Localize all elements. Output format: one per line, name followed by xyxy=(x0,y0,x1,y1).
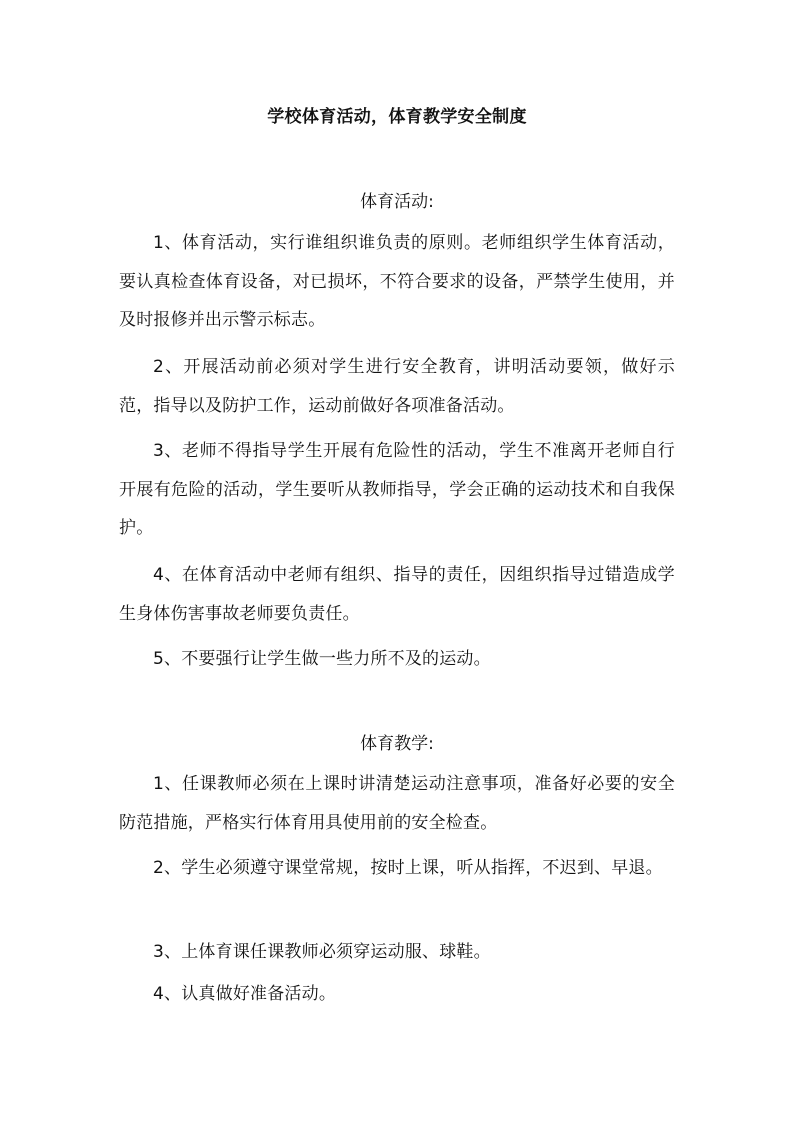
activity-rule-2: 2、开展活动前必须对学生进行安全教育，讲明活动要领，做好示范，指导以及防护工作，… xyxy=(119,348,675,425)
activity-rule-4: 4、在体育活动中老师有组织、指导的责任，因组织指导过错造成学生身体伤害事故老师要… xyxy=(119,556,675,633)
section-heading-pe-teaching: 体育教学: xyxy=(119,731,675,757)
activity-rule-1: 1、体育活动，实行谁组织谁负责的原则。老师组织学生体育活动，要认真检查体育设备，… xyxy=(119,224,675,340)
section-heading-sports-activities: 体育活动: xyxy=(119,189,675,215)
teaching-rule-3: 3、上体育课任课教师必须穿运动服、球鞋。 xyxy=(119,933,675,972)
teaching-rule-1: 1、任课教师必须在上课时讲清楚运动注意事项，准备好必要的安全防范措施，严格实行体… xyxy=(119,765,675,842)
document-title: 学校体育活动，体育教学安全制度 xyxy=(119,104,675,130)
teaching-rule-2: 2、学生必须遵守课堂常规，按时上课，听从指挥，不迟到、早退。 xyxy=(119,849,675,888)
activity-rule-5: 5、不要强行让学生做一些力所不及的运动。 xyxy=(119,640,675,679)
activity-rule-3: 3、老师不得指导学生开展有危险性的活动，学生不准离开老师自行开展有危险的活动，学… xyxy=(119,432,675,548)
teaching-rule-4: 4、认真做好准备活动。 xyxy=(119,975,675,1014)
